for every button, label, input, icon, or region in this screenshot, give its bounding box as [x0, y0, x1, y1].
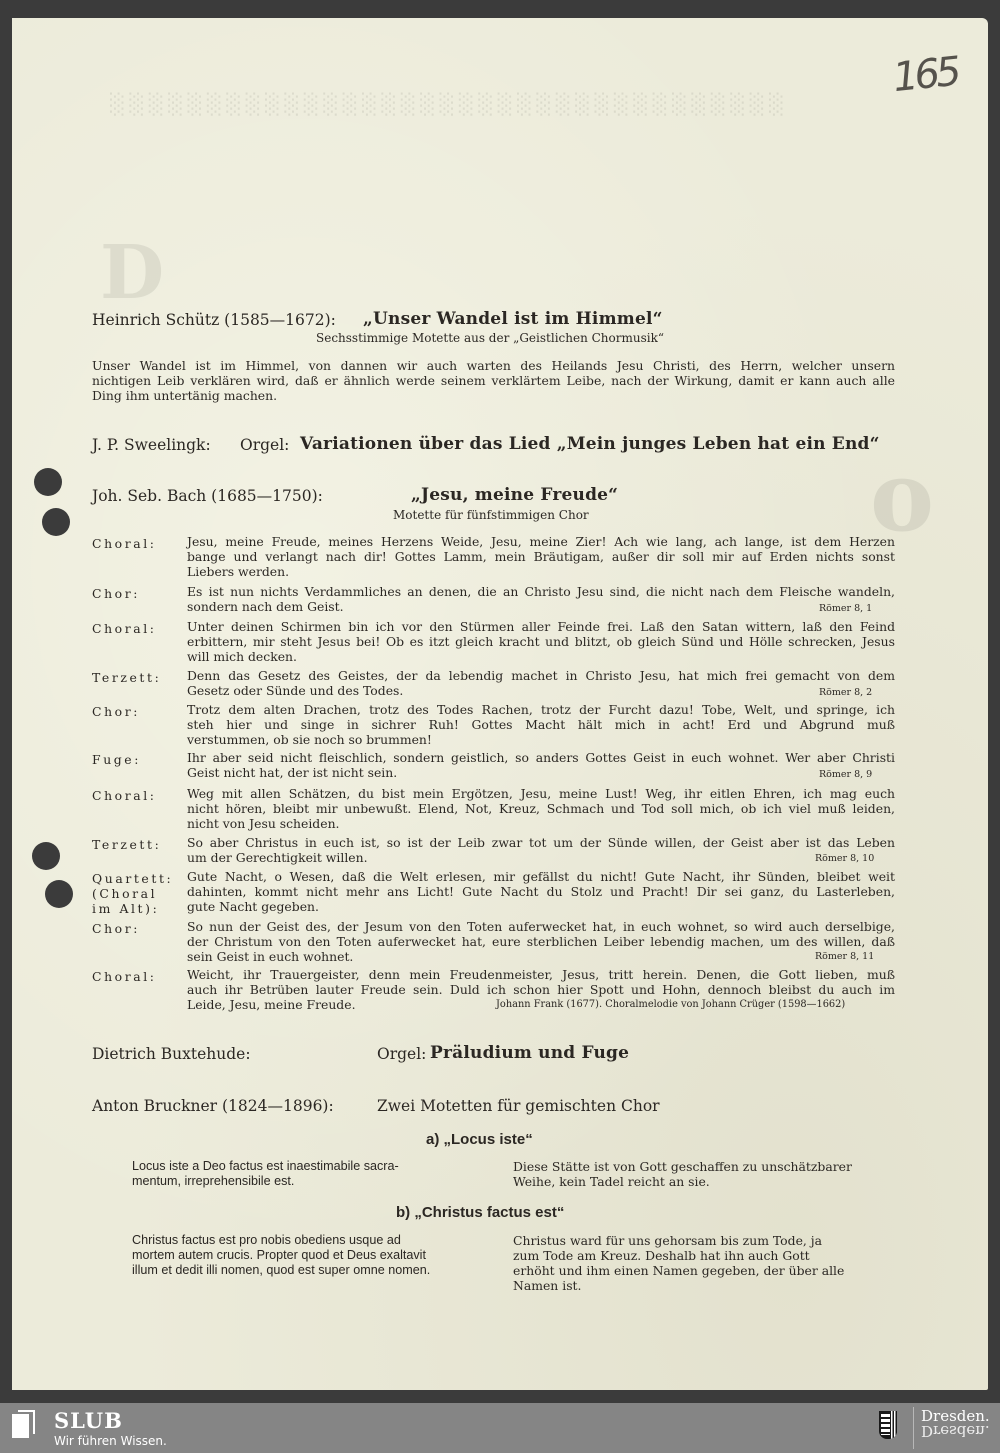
text-line: Liebers werden.	[187, 564, 895, 579]
text-line: gute Nacht gegeben.	[187, 899, 895, 914]
section-text: Weg mit allen Schätzen, du bist mein Erg…	[187, 786, 895, 831]
text-line: nichtigen Leib verklären wird, daß er äh…	[92, 373, 895, 388]
section-label: Terzett:	[92, 671, 161, 684]
instrument-sweelinck: Orgel:	[240, 436, 289, 454]
title-buxtehude: Präludium und Fuge	[430, 1043, 629, 1063]
text-line: der Christum von den Toten auferwecket h…	[187, 934, 895, 949]
dresden-wordmark[interactable]: Dresden.	[921, 1409, 990, 1423]
text-line: Ding ihm untertänig machen.	[92, 388, 895, 403]
bible-reference: Römer 8, 10	[815, 853, 874, 864]
section-label: Choral:	[92, 537, 157, 550]
text-line: bange und verlangt nach dir! Gottes Lamm…	[187, 549, 895, 564]
title-bruckner: Zwei Motetten für gemischten Chor	[377, 1097, 660, 1115]
text-line: So aber Christus in euch ist, so ist der…	[187, 835, 895, 850]
text-line: Christus factus est pro nobis obediens u…	[132, 1233, 430, 1248]
text-line: Unter deinen Schirmen bin ich vor den St…	[187, 619, 895, 634]
text-line: sondern nach dem Geist.	[187, 599, 895, 614]
text-schuetz: Unser Wandel ist im Himmel, von dannen w…	[92, 358, 895, 403]
composer-bach: Joh. Seb. Bach (1685—1750):	[92, 487, 323, 505]
text-line: dahinten, kommt nicht mehr ans Licht! Gu…	[187, 884, 895, 899]
section-text: Denn das Gesetz des Geistes, der da lebe…	[187, 668, 895, 698]
text-line: Diese Stätte ist von Gott geschaffen zu …	[513, 1159, 852, 1174]
section-text: Ihr aber seid nicht fleischlich, sondern…	[187, 750, 895, 780]
punch-hole	[34, 468, 62, 496]
text-line: zum Tode am Kreuz. Deshalb hat ihn auch …	[513, 1248, 844, 1263]
punch-hole	[45, 880, 73, 908]
section-text: So nun der Geist des, der Jesum von den …	[187, 919, 895, 964]
bleed-through-text: ░░░░░░░░░░░░░░░░░░░░░░░░░░░░░░░░░░░	[110, 92, 788, 116]
text-line: sein Geist in euch wohnet.	[187, 949, 895, 964]
dresden-wordmark-reflection: Dresden.	[921, 1424, 990, 1438]
section-text: So aber Christus in euch ist, so ist der…	[187, 835, 895, 865]
text-line: verstummen, ob sie noch so brummen!	[187, 732, 895, 747]
text-line: Locus iste a Deo factus est inaestimabil…	[132, 1159, 399, 1174]
punch-hole	[32, 842, 60, 870]
instrument-buxtehude: Orgel:	[377, 1045, 426, 1063]
label-line: Quartett:	[92, 871, 173, 886]
subtitle-bach: Motette für fünfstimmigen Chor	[393, 508, 589, 522]
text-line: will mich decken.	[187, 649, 895, 664]
label-line: (Choral	[92, 886, 173, 901]
section-text: Unter deinen Schirmen bin ich vor den St…	[187, 619, 895, 664]
subtitle-schuetz: Sechsstimmige Motette aus der „Geistlich…	[316, 331, 664, 345]
motet-heading-a: a) „Locus iste“	[426, 1131, 533, 1148]
text-line: Weg mit allen Schätzen, du bist mein Erg…	[187, 786, 895, 801]
text-line: um der Gerechtigkeit willen.	[187, 850, 895, 865]
text-line: Denn das Gesetz des Geistes, der da lebe…	[187, 668, 895, 683]
text-line: erhöht und ihm einen Namen gegeben, der …	[513, 1263, 844, 1278]
text-line: erbittern, mir steht Jesus bei! Ob es it…	[187, 634, 895, 649]
bible-reference: Römer 8, 9	[819, 769, 872, 780]
bible-reference: Römer 8, 1	[819, 603, 872, 614]
text-line: Jesu, meine Freude, meines Herzens Weide…	[187, 534, 895, 549]
section-label: Chor:	[92, 587, 140, 600]
text-line: nicht hören, bleibt mir unbewußt. Elend,…	[187, 801, 895, 816]
section-label: Choral:	[92, 622, 157, 635]
text-line: Weicht, ihr Trauergeister, denn mein Fre…	[187, 967, 895, 982]
composer-bruckner: Anton Bruckner (1824—1896):	[92, 1097, 334, 1115]
text-line: Ihr aber seid nicht fleischlich, sondern…	[187, 750, 895, 765]
motet-heading-b: b) „Christus factus est“	[396, 1204, 564, 1221]
text-line: nicht von Jesu scheiden.	[187, 816, 895, 831]
latin-text-a: Locus iste a Deo factus est inaestimabil…	[132, 1159, 399, 1189]
text-line: So nun der Geist des, der Jesum von den …	[187, 919, 895, 934]
slub-logo-icon[interactable]	[12, 1410, 38, 1440]
text-line: Christus ward für uns gehorsam bis zum T…	[513, 1233, 844, 1248]
text-line: mortem autem crucis. Propter quod et Deu…	[132, 1248, 430, 1263]
text-line: Trotz dem alten Drachen, trotz des Todes…	[187, 702, 895, 717]
section-text: Jesu, meine Freude, meines Herzens Weide…	[187, 534, 895, 579]
section-label: Quartett: (Choral im Alt):	[92, 871, 173, 916]
text-line: steh hier und singe in sichrer Ruh! Gott…	[187, 717, 895, 732]
title-bach: „Jesu, meine Freude“	[411, 485, 618, 505]
slub-brand[interactable]: SLUB	[54, 1408, 123, 1433]
handwritten-page-number: 165	[891, 49, 960, 101]
section-label: Choral:	[92, 970, 157, 983]
bleed-through-text: D	[100, 230, 170, 316]
text-line: illum et dedit illi nomen, quod est supe…	[132, 1263, 430, 1278]
text-line: Unser Wandel ist im Himmel, von dannen w…	[92, 358, 895, 373]
text-line: Gesetz oder Sünde und des Todes.	[187, 683, 895, 698]
text-line: Es ist nun nichts Verdammliches an denen…	[187, 584, 895, 599]
german-text-b: Christus ward für uns gehorsam bis zum T…	[513, 1233, 844, 1293]
dresden-crest-icon[interactable]	[879, 1411, 897, 1439]
section-label: Terzett:	[92, 838, 161, 851]
section-text: Trotz dem alten Drachen, trotz des Todes…	[187, 702, 895, 747]
german-text-a: Diese Stätte ist von Gott geschaffen zu …	[513, 1159, 852, 1189]
title-sweelinck: Variationen über das Lied „Mein junges L…	[300, 434, 880, 454]
label-line: im Alt):	[92, 901, 173, 916]
composer-sweelinck: J. P. Sweelingk:	[92, 436, 211, 454]
bible-reference: Römer 8, 11	[815, 951, 874, 962]
section-label: Fuge:	[92, 753, 141, 766]
section-label: Choral:	[92, 789, 157, 802]
hymn-credit: Johann Frank (1677). Choralmelodie von J…	[496, 999, 845, 1010]
slub-tagline: Wir führen Wissen.	[54, 1434, 167, 1448]
composer-buxtehude: Dietrich Buxtehude:	[92, 1045, 251, 1063]
section-text: Gute Nacht, o Wesen, daß die Welt erlese…	[187, 869, 895, 914]
latin-text-b: Christus factus est pro nobis obediens u…	[132, 1233, 430, 1278]
bible-reference: Römer 8, 2	[819, 687, 872, 698]
text-line: Gute Nacht, o Wesen, daß die Welt erlese…	[187, 869, 895, 884]
section-label: Chor:	[92, 922, 140, 935]
title-schuetz: „Unser Wandel ist im Himmel“	[363, 309, 663, 329]
text-line: Weihe, kein Tadel reicht an sie.	[513, 1174, 852, 1189]
section-label: Chor:	[92, 705, 140, 718]
footer-divider	[913, 1407, 914, 1449]
text-line: Namen ist.	[513, 1278, 844, 1293]
section-text: Es ist nun nichts Verdammliches an denen…	[187, 584, 895, 614]
text-line: auch ihr Betrüben lauter Freude sein. Du…	[187, 982, 895, 997]
text-line: Geist nicht hat, der ist nicht sein.	[187, 765, 895, 780]
punch-hole	[42, 508, 70, 536]
footer-bar: SLUB Wir führen Wissen. Dresden. Dresden…	[0, 1403, 1000, 1453]
text-line: mentum, irreprehensibile est.	[132, 1174, 399, 1189]
composer-schuetz: Heinrich Schütz (1585—1672):	[92, 311, 336, 329]
